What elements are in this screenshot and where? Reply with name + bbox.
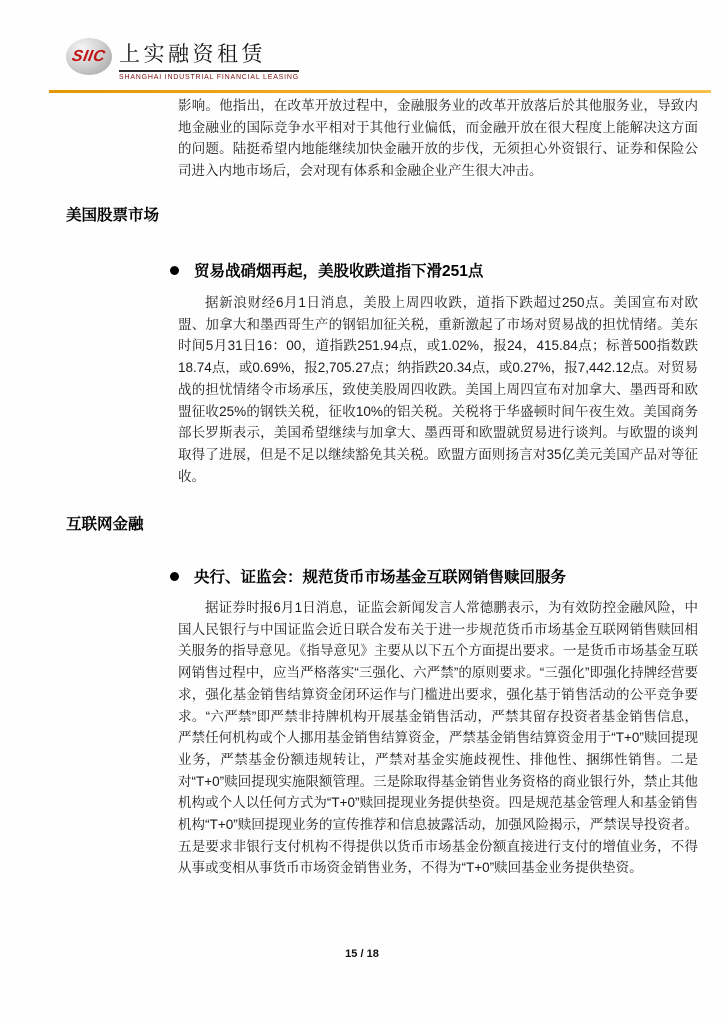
company-name-cn: 上实融资租赁 — [119, 38, 299, 72]
company-logo: SIIC 上实融资租赁 SHANGHAI INDUSTRIAL FINANCIA… — [66, 38, 299, 81]
news-item-body: 据新浪财经6月1日消息，美股上周四收跌，道指下跌超过250点。美国宣布对欧盟、加… — [178, 292, 698, 487]
bullet-icon — [170, 572, 179, 581]
company-name-en: SHANGHAI INDUSTRIAL FINANCIAL LEASING — [119, 74, 299, 81]
siic-globe-icon: SIIC — [66, 38, 112, 75]
section-heading-us-stock-market: 美国股票市场 — [66, 203, 159, 225]
bullet-icon — [170, 266, 179, 275]
intro-paragraph: 影响。他指出，在改革开放过程中，金融服务业的改革开放落后於其他服务业，导致内地金… — [178, 95, 698, 182]
section-heading-internet-finance: 互联网金融 — [66, 512, 144, 534]
news-item-header: 央行、证监会：规范货币市场基金互联网销售赎回服务 — [170, 565, 700, 587]
header-divider-rule — [49, 90, 711, 93]
document-page: SIIC 上实融资租赁 SHANGHAI INDUSTRIAL FINANCIA… — [0, 0, 724, 1023]
siic-logo-text: SIIC — [71, 48, 107, 66]
news-item-body: 据证券时报6月1日消息，证监会新闻发言人常德鹏表示，为有效防控金融风险，中国人民… — [178, 597, 698, 879]
news-item-title: 央行、证监会：规范货币市场基金互联网销售赎回服务 — [194, 565, 566, 587]
company-names: 上实融资租赁 SHANGHAI INDUSTRIAL FINANCIAL LEA… — [119, 38, 299, 81]
page-number: 15 / 18 — [0, 948, 724, 960]
news-item-title: 贸易战硝烟再起，美股收跌道指下滑251点 — [194, 259, 483, 281]
news-item-header: 贸易战硝烟再起，美股收跌道指下滑251点 — [170, 259, 700, 281]
